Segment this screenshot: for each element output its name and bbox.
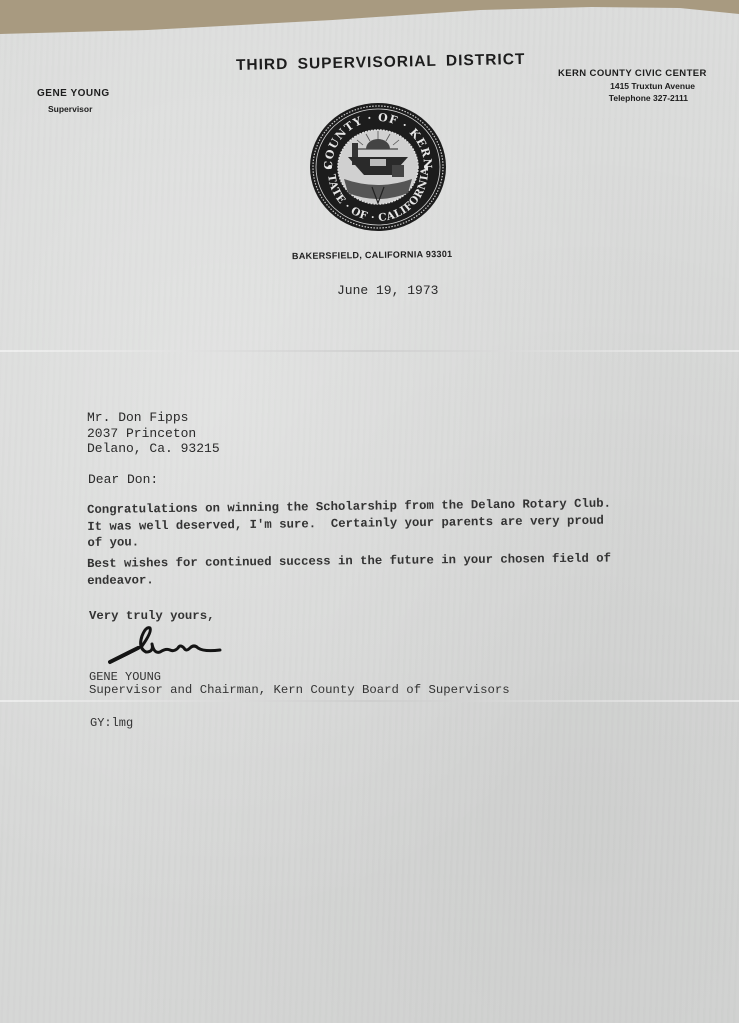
paper-fold (0, 700, 739, 702)
recipient-address: Mr. Don Fipps 2037 Princeton Delano, Ca.… (87, 410, 220, 457)
body-paragraph: Best wishes for continued success in the… (87, 551, 611, 589)
signature-icon: Gene (108, 622, 228, 667)
reference-initials: GY:lmg (90, 716, 133, 730)
body-paragraph: Congratulations on winning the Scholarsh… (87, 496, 612, 552)
recipient-name: Mr. Don Fipps (87, 410, 220, 426)
signer-name: GENE YOUNG (89, 670, 161, 684)
paper-fold (0, 350, 739, 352)
signer-title: Supervisor and Chairman, Kern County Boa… (89, 683, 510, 697)
closing: Very truly yours, (89, 609, 214, 623)
letterhead-supervisor-role: Supervisor (48, 104, 92, 114)
county-seal-icon: COUNTY · OF · KERN STATE · OF · CALIFORN… (308, 101, 448, 233)
letterhead-civic-center: KERN COUNTY CIVIC CENTER (558, 68, 720, 79)
recipient-city: Delano, Ca. 93215 (87, 441, 220, 457)
letterhead-telephone: Telephone 327-2111 (558, 93, 720, 103)
recipient-street: 2037 Princeton (87, 426, 220, 442)
letterhead-street: 1415 Truxtun Avenue (558, 81, 720, 91)
letterhead-contact-block: KERN COUNTY CIVIC CENTER 1415 Truxtun Av… (558, 68, 720, 103)
letterhead-supervisor-name: GENE YOUNG (37, 88, 110, 99)
salutation: Dear Don: (88, 472, 158, 487)
letter-date: June 19, 1973 (337, 283, 438, 298)
